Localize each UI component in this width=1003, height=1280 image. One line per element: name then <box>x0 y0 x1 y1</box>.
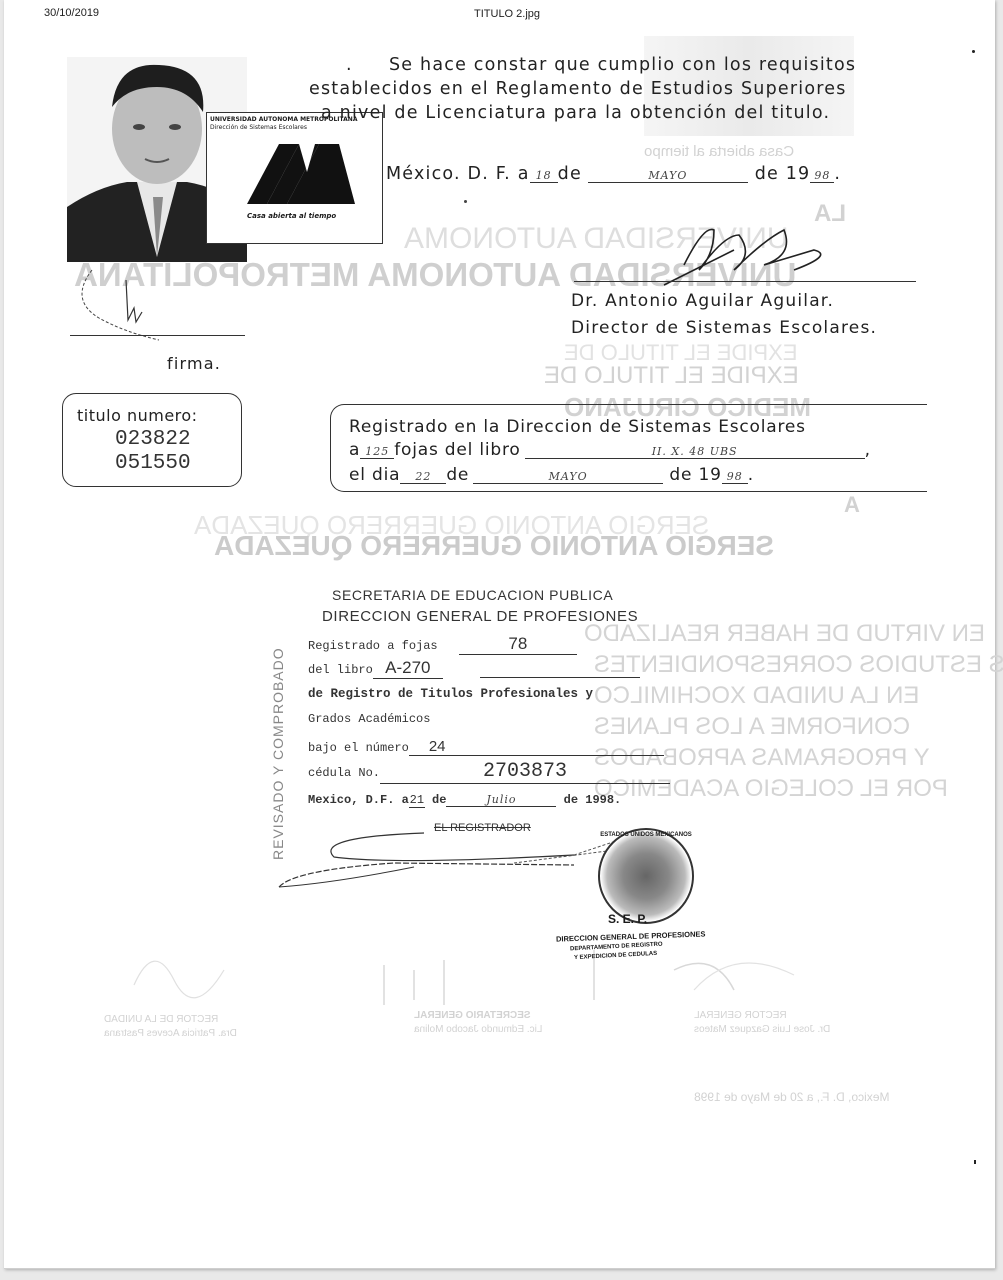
sep-fojas-row: Registrado a fojas 78 <box>308 634 577 655</box>
sep-seal-icon: ESTADOS UNIDOS MEXICANOS <box>598 828 694 924</box>
ghost-a: A <box>844 492 860 518</box>
director-title: Director de Sistemas Escolares. <box>571 318 877 338</box>
print-date: 30/10/2019 <box>44 7 99 19</box>
ghost-virtud-line: EN VIRTUD DE HABER REALIZADO <box>584 620 985 648</box>
constancia-line2: establecidos en el Reglamento de Estudio… <box>309 79 847 99</box>
day-value: 18 <box>530 169 558 183</box>
document-page: 30/10/2019 TITULO 2.jpg Casa abierta al … <box>4 0 995 1269</box>
titulo-numero-box: titulo numero: 023822 051550 <box>62 393 242 487</box>
constancia-line3: a nivel de Licenciatura para la obtenció… <box>321 103 830 123</box>
sep-header1: SECRETARIA DE EDUCACION PUBLICA <box>332 587 613 603</box>
sep-libro-value: A-270 <box>373 658 443 679</box>
sep-registro-line: de Registro de Titulos Profesionales y <box>308 687 593 701</box>
ghost-virtud-line: CONFORME A LOS PLANES <box>594 713 910 741</box>
speck <box>972 50 975 53</box>
ghost-rector-general-name: Dr. Jose Luis Gazquez Mateos <box>694 1024 830 1035</box>
titulo-numero-label: titulo numero: <box>77 406 198 425</box>
ghost-rector-unidad: RECTOR DE LA UNIDAD <box>104 1014 218 1025</box>
uam-stamp-line2: Dirección de Sistemas Escolares <box>207 123 382 132</box>
registro-line2: a125fojas del libroII. X. 48 UBS, <box>349 440 871 460</box>
sep-fecha-mes: Julio <box>446 793 556 807</box>
libro-value: II. X. 48 UBS <box>525 445 865 459</box>
fojas-value: 125 <box>360 445 394 459</box>
sep-libro-row: del libroA-270 <box>308 658 640 679</box>
registro-line1: Registrado en la Direccion de Sistemas E… <box>349 417 806 437</box>
sep-grados-line: Grados Académicos <box>308 712 430 726</box>
ghost-virtud-line: EN LA UNIDAD XOCHIMILCO <box>594 682 919 710</box>
ghost-virtud-line: LOS ESTUDIOS CORRESPONDIENTES <box>594 651 1003 679</box>
ghost-rector-unidad-name: Dra. Patricia Aceves Pastrana <box>104 1028 237 1039</box>
sep-fecha-row: Mexico, D.F. a21 deJulio de 1998. <box>308 793 621 808</box>
uam-stamp: UNIVERSIDAD AUTONOMA METROPOLITANA Direc… <box>206 112 383 244</box>
sep-numero-row: bajo el número24 <box>308 738 664 756</box>
uam-motto: Casa abierta al tiempo <box>207 212 382 220</box>
director-name: Dr. Antonio Aguilar Aguilar. <box>571 291 834 311</box>
registro-line3: el dia22deMAYO de 1998. <box>349 465 754 485</box>
sep-cedula-row: cédula No.2703873 <box>308 760 670 784</box>
ser-label: S. E. P. <box>608 912 647 926</box>
ghost-secretario-general: SECRETARIO GENERAL <box>414 1010 531 1021</box>
ghost-casa-abierta: Casa abierta al tiempo <box>644 143 794 160</box>
print-filename: TITULO 2.jpg <box>474 8 540 20</box>
ghost-nombre-2: SERGIO ANTONIO GUERRERO QUEZADA <box>214 530 774 562</box>
bullet-dot: . <box>346 55 353 75</box>
director-signature <box>644 215 874 290</box>
student-signature <box>64 260 244 345</box>
ghost-rector-general: RECTOR GENERAL <box>694 1010 787 1021</box>
sep-numero-value: 24 <box>409 738 664 756</box>
firma-label: firma. <box>167 354 221 373</box>
speck <box>974 1160 976 1164</box>
signature-line <box>70 335 245 336</box>
titulo-numero-2: 051550 <box>115 452 191 475</box>
constancia-line1: Se hace constar que cumplio con los requ… <box>389 55 856 75</box>
ghost-expide-2: EXPIDE EL TITULO DE <box>544 362 799 390</box>
ghost-signatures <box>114 930 814 1010</box>
year-prefix: de 19 <box>755 164 811 184</box>
director-signature-line <box>574 281 916 282</box>
dia-value: 22 <box>400 470 446 484</box>
constancia-date-line: México. D. F. a18deMAYO de 1998. <box>386 164 841 184</box>
mes-value: MAYO <box>473 470 663 484</box>
uam-logo-icon <box>207 132 382 212</box>
ghost-fecha: Mexico, D. F., a 20 de Mayo de 1998 <box>694 1090 889 1104</box>
titulo-numero-1: 023822 <box>115 428 191 451</box>
ghost-secretario-general-name: Lic. Edmundo Jacobo Molina <box>414 1024 542 1035</box>
month-value: MAYO <box>588 169 748 183</box>
sep-fecha-dia: 21 <box>409 793 425 808</box>
year-suffix: 98 <box>810 169 834 183</box>
place-prefix: México. D. F. a <box>386 164 530 184</box>
de-label: de <box>558 164 582 184</box>
sep-header2: DIRECCION GENERAL DE PROFESIONES <box>322 608 638 625</box>
sep-cedula-value: 2703873 <box>380 760 670 784</box>
speck <box>464 200 467 203</box>
sep-fojas-value: 78 <box>459 634 577 655</box>
registro-year: 98 <box>722 470 748 484</box>
